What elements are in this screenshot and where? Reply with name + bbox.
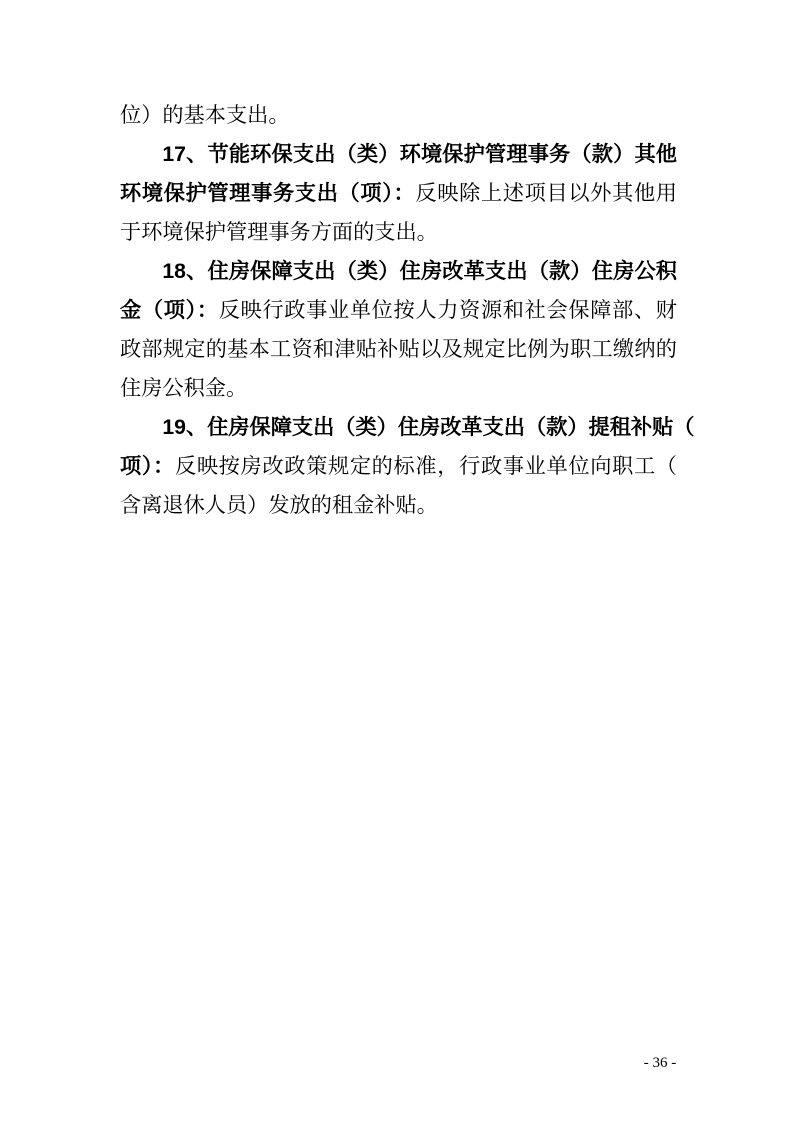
para16-continuation-line: 位）的基本支出。 [120,96,677,135]
para18-body-text-continued: 政部规定的基本工资和津贴补贴以及规定比例为职工缴纳的 [120,337,677,361]
para19-lead-in: 19、住房保障支出（类）住房改革支出（款）提租补贴（ [162,416,694,439]
text-block: 位）的基本支出。 17、节能环保支出（类）环境保护管理事务（款）其他 环境保护管… [120,96,677,525]
para18-body-text-end: 住房公积金。 [120,376,247,400]
para17-line2: 环境保护管理事务支出（项）：反映除上述项目以外其他用 [120,174,677,213]
para19-line2: 项）：反映按房改政策规定的标准，行政事业单位向职工（ [120,447,677,486]
para19-body-text: 反映按房改政策规定的标准，行政事业单位向职工（ [175,454,677,478]
para19-body-text-end: 含离退休人员）发放的租金补贴。 [120,493,438,517]
para18-line3: 政部规定的基本工资和津贴补贴以及规定比例为职工缴纳的 [120,330,677,369]
para18-body-text: 反映行政事业单位按人力资源和社会保障部、财 [219,298,677,322]
document-page: 位）的基本支出。 17、节能环保支出（类）环境保护管理事务（款）其他 环境保护管… [0,0,793,1122]
para18-lead-in-continued: 金（项）： [120,299,219,322]
para19-line1: 19、住房保障支出（类）住房改革支出（款）提租补贴（ [120,408,677,447]
para17-line3: 于环境保护管理事务方面的支出。 [120,213,677,252]
para17-lead-in: 17、节能环保支出（类）环境保护管理事务（款）其他 [162,143,677,166]
para19-lead-in-continued: 项）： [120,455,175,478]
para18-line4: 住房公积金。 [120,369,677,408]
para17-body-text: 反映除上述项目以外其他用 [415,181,677,205]
para17-line1: 17、节能环保支出（类）环境保护管理事务（款）其他 [120,135,677,174]
para19-line3: 含离退休人员）发放的租金补贴。 [120,486,677,525]
page-number: - 36 - [610,1051,710,1075]
para18-line1: 18、住房保障支出（类）住房改革支出（款）住房公积 [120,252,677,291]
para16-body-text: 位）的基本支出。 [120,103,290,127]
para17-lead-in-continued: 环境保护管理事务支出（项）： [120,182,415,205]
para17-body-text-continued: 于环境保护管理事务方面的支出。 [120,220,438,244]
para18-lead-in: 18、住房保障支出（类）住房改革支出（款）住房公积 [162,260,677,283]
para18-line2: 金（项）：反映行政事业单位按人力资源和社会保障部、财 [120,291,677,330]
